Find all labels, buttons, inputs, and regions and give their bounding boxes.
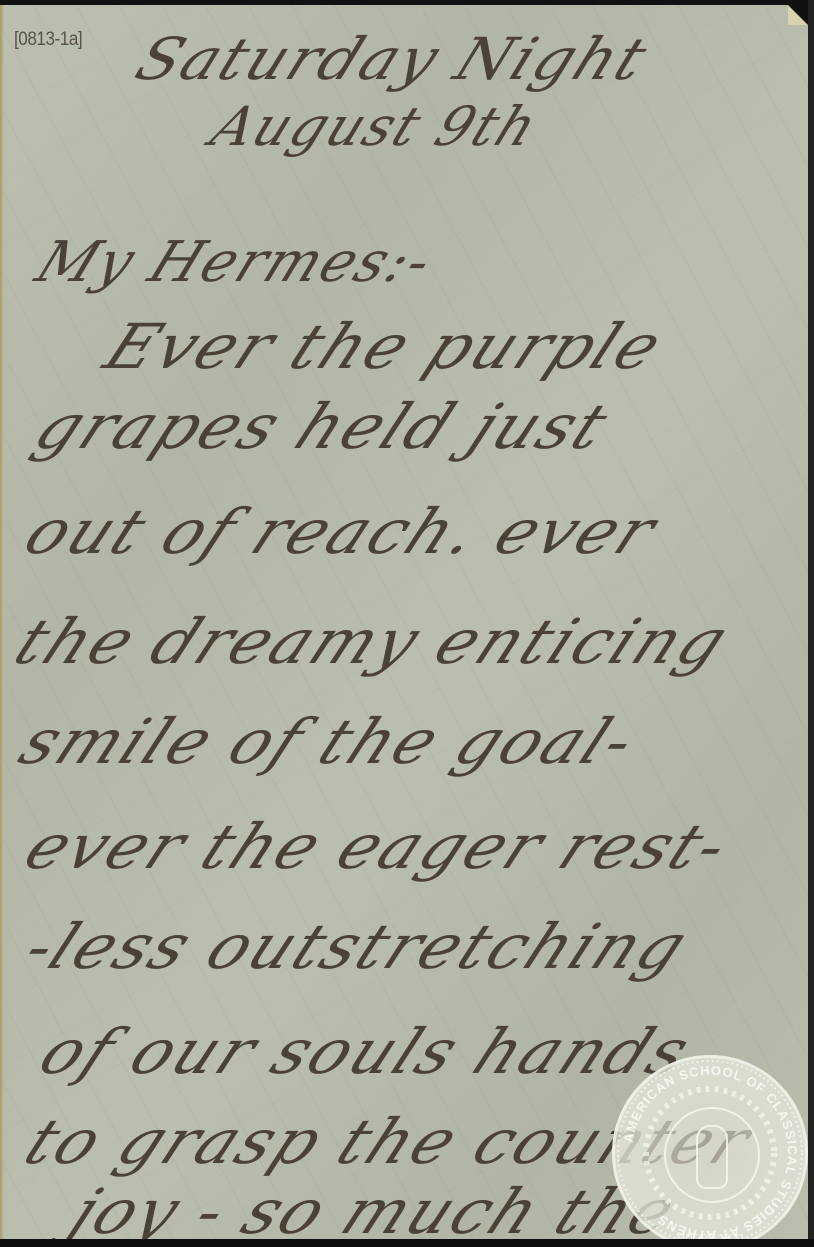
folded-corner [788,5,808,25]
body-line: grapes held just [24,390,621,463]
paper-left-edge [0,5,4,1239]
body-line: joy - so much the [59,1175,689,1239]
body-line: the dreamy enticing [4,605,741,678]
body-line: of our souls hands [29,1015,703,1088]
body-line: out of reach. ever [14,495,669,568]
scan-border-right [808,0,814,1247]
body-line: -less outstretching [14,910,701,983]
archive-id-label: [0813-1a] [14,29,82,51]
scan-border-bottom [0,1239,814,1247]
body-line: Ever the purple [94,310,676,383]
date-line-day: Saturday Night [126,25,658,93]
seal-figure-icon [696,1125,728,1189]
body-line: ever the eager rest- [14,810,742,883]
date-line-month: August 9th [202,95,548,158]
letter-page: [0813-1a] Saturday Night August 9th My H… [0,5,808,1239]
embossed-seal: AMERICAN SCHOOL OF CLASSICAL STUDIES AT … [612,1055,808,1239]
body-line: smile of the goal- [9,705,649,778]
salutation: My Hermes:- [27,230,444,295]
